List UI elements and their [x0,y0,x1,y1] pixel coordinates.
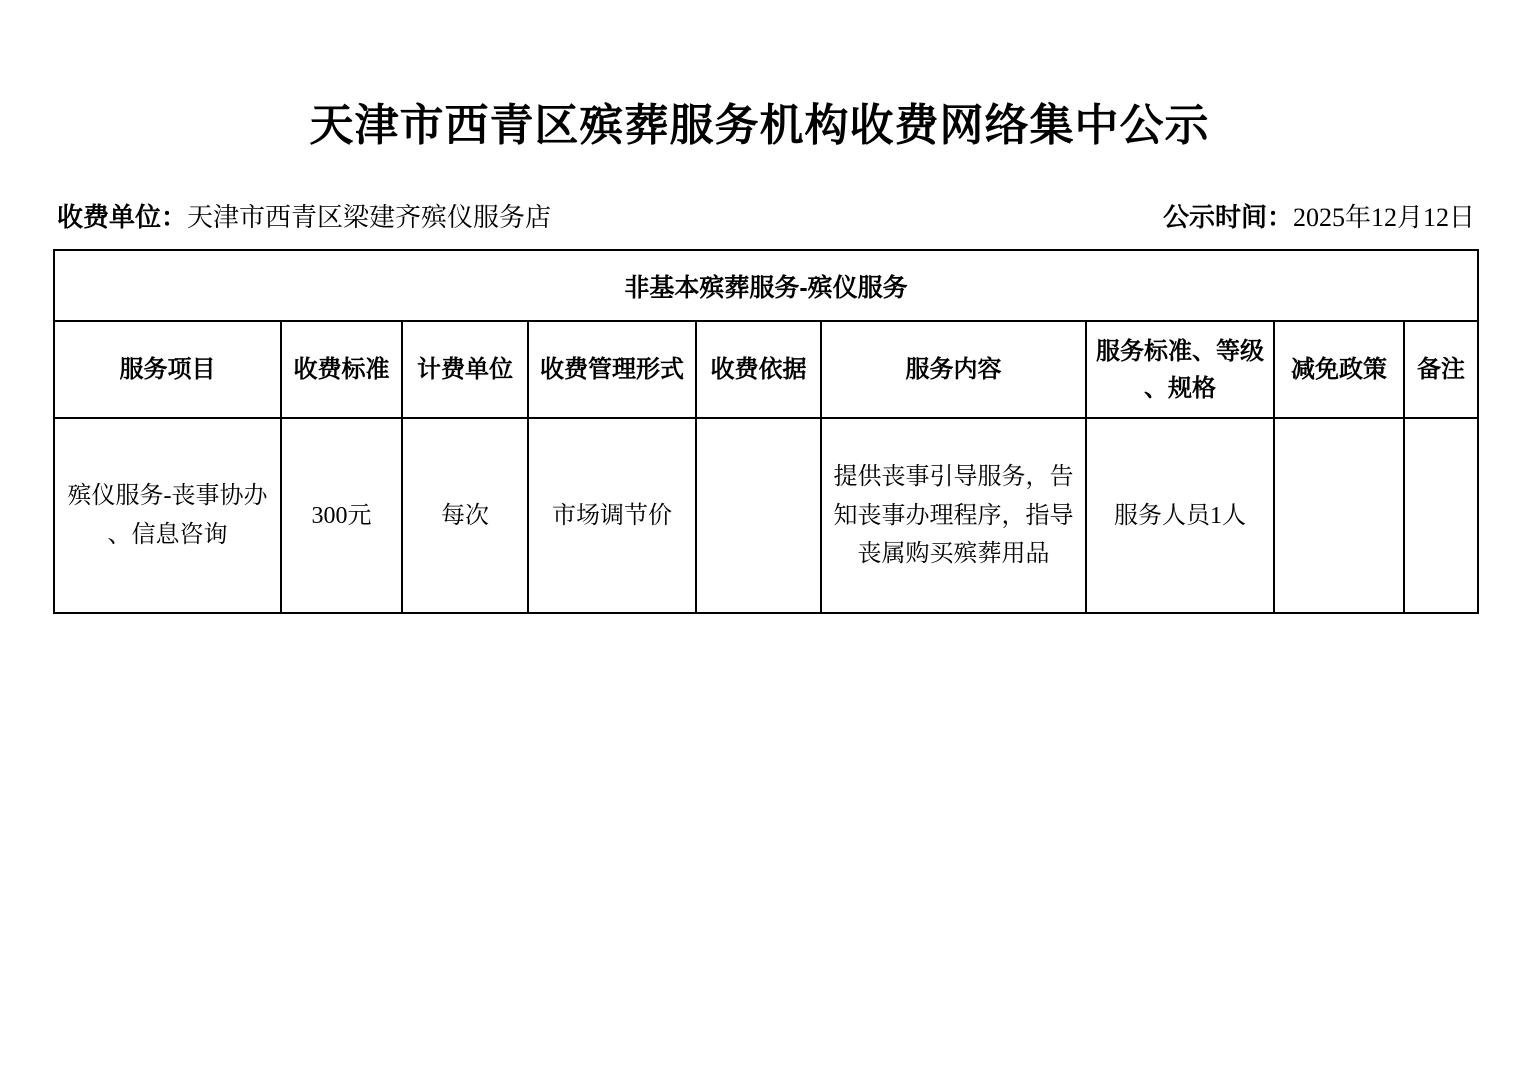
col-header-billing-unit: 计费单位 [402,321,528,418]
publish-time-label: 公示时间： [1163,202,1293,232]
publish-time-value: 2025年12月12日 [1293,203,1475,232]
meta-row: 收费单位：天津市西青区梁建齐殡仪服务店 公示时间：2025年12月12日 [57,201,1475,235]
col-header-fee-management-form: 收费管理形式 [528,321,696,418]
section-title: 非基本殡葬服务-殡仪服务 [54,250,1478,321]
col-header-fee-standard: 收费标准 [281,321,402,418]
fee-table: 非基本殡葬服务-殡仪服务 服务项目 收费标准 计费单位 收费管理形式 收费依据 … [53,249,1479,614]
cell-reduction-policy [1274,418,1404,613]
table-row: 殡仪服务-丧事协办、信息咨询 300元 每次 市场调节价 提供丧事引导服务，告知… [54,418,1478,613]
cell-service-standard: 服务人员1人 [1086,418,1274,613]
col-header-remarks: 备注 [1404,321,1478,418]
col-header-service-standard: 服务标准、等级、规格 [1086,321,1274,418]
cell-remarks [1404,418,1478,613]
col-header-service-item: 服务项目 [54,321,281,418]
col-header-reduction-policy: 减免政策 [1274,321,1404,418]
cell-fee-management-form: 市场调节价 [528,418,696,613]
fee-unit-label: 收费单位： [57,202,187,232]
fee-unit: 收费单位：天津市西青区梁建齐殡仪服务店 [57,201,551,235]
col-header-service-content: 服务内容 [821,321,1086,418]
col-header-fee-basis: 收费依据 [696,321,821,418]
fee-unit-value: 天津市西青区梁建齐殡仪服务店 [187,203,551,232]
table-header-row: 服务项目 收费标准 计费单位 收费管理形式 收费依据 服务内容 服务标准、等级、… [54,321,1478,418]
cell-service-content: 提供丧事引导服务，告知丧事办理程序，指导丧属购买殡葬用品 [821,418,1086,613]
table-section-row: 非基本殡葬服务-殡仪服务 [54,250,1478,321]
publish-time: 公示时间：2025年12月12日 [1163,201,1475,235]
document-page: 天津市西青区殡葬服务机构收费网络集中公示 收费单位：天津市西青区梁建齐殡仪服务店… [0,0,1519,1075]
cell-fee-basis [696,418,821,613]
cell-fee-standard: 300元 [281,418,402,613]
cell-service-item: 殡仪服务-丧事协办、信息咨询 [54,418,281,613]
page-title: 天津市西青区殡葬服务机构收费网络集中公示 [0,0,1519,153]
cell-billing-unit: 每次 [402,418,528,613]
